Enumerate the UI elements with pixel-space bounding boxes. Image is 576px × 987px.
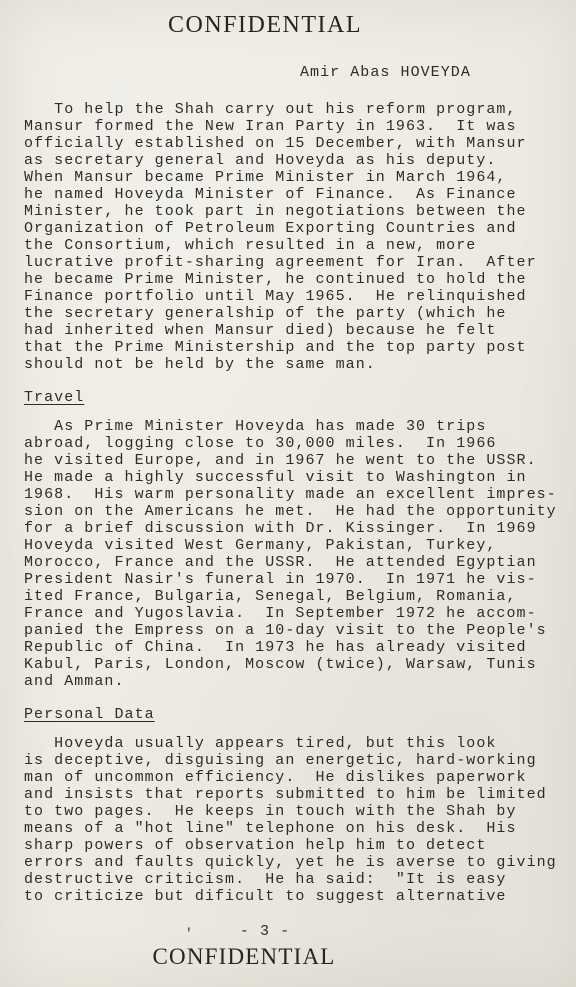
personal-data-paragraph: Hoveyda usually appears tired, but this … [24, 735, 570, 905]
subject-name: Amir Abas HOVEYDA [300, 64, 576, 81]
intro-paragraph: To help the Shah carry out his reform pr… [24, 101, 570, 373]
section-heading-personal-data: Personal Data [24, 706, 570, 723]
document-body: To help the Shah carry out his reform pr… [0, 101, 576, 905]
section-heading-travel: Travel [24, 389, 570, 406]
document-page: CONFIDENTIAL Amir Abas HOVEYDA To help t… [0, 0, 576, 987]
page-footer: ' - 3 - CONFIDENTIAL [0, 923, 576, 969]
travel-paragraph: As Prime Minister Hoveyda has made 30 tr… [24, 418, 570, 690]
classification-footer: CONFIDENTIAL [0, 944, 532, 969]
classification-header: CONFIDENTIAL [0, 0, 553, 38]
page-number: - 3 - [0, 923, 553, 940]
